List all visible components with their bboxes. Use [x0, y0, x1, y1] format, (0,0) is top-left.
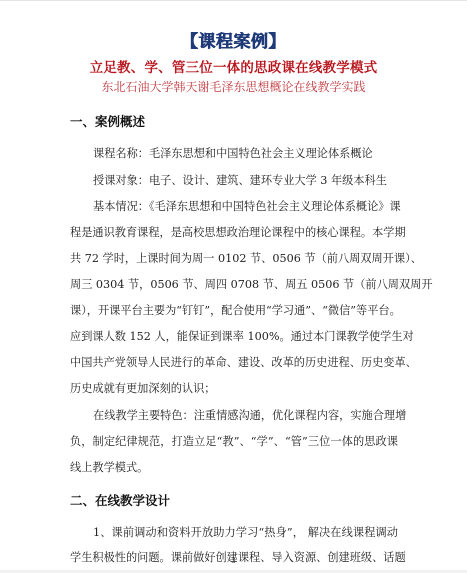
paragraph-line: 基本情况：《毛泽东思想和中国特色社会主义理论体系概论》课	[93, 198, 398, 214]
course-name-line: 课程名称：毛泽东思想和中国特色社会主义理论体系概论	[93, 145, 398, 161]
paragraph-line: 中国共产党领导人民进行的革命、建设、改革的历史进程、历史变革、	[70, 354, 398, 370]
paragraph-line: 程是通识教育课程，是高校思想政治理论课程中的核心课程。本学期	[70, 224, 398, 240]
paragraph-line: 在线教学主要特色：注重情感沟通，优化课程内容，实施合理增	[93, 407, 398, 423]
document-subtitle: 东北石油大学韩天谢毛泽东思想概论在线教学实践	[0, 78, 467, 95]
paragraph-line: 共 72 学时，上课时间为周一 0102 节、0506 节（前八周双周开课）、	[70, 250, 398, 266]
paragraph-line: 线上教学模式。	[70, 459, 398, 475]
paragraph-line: 应到课人数 152 人，能保证到课率 100%。通过本门课教学使学生对	[70, 328, 398, 344]
audience-line: 授课对象：电子、设计、建筑、建环专业大学 3 年级本科生	[93, 172, 398, 188]
section-heading-overview: 一、案例概述	[70, 112, 145, 130]
page-top-border	[0, 0, 467, 1]
paragraph-line: 历史成就有更加深刻的认识；	[70, 380, 398, 396]
section-heading-design: 二、在线教学设计	[70, 491, 170, 509]
paragraph-line: 课），开课平台主要为“钉钉”，配合使用“学习通”、“微信”等平台。	[70, 302, 398, 318]
page-number: 3	[0, 557, 467, 565]
paragraph-line: 负，制定纪律规范，打造立足“教”、“学”、“管”三位一体的思政课	[70, 433, 398, 449]
course-case-tag: 【课程案例】	[0, 27, 467, 52]
document-page: 【课程案例】 立足教、学、管三位一体的思政课在线教学模式 东北石油大学韩天谢毛泽…	[0, 0, 467, 573]
paragraph-line: 周三 0304 节，0506 节、周四 0708 节、周五 0506 节（前八周…	[70, 276, 398, 292]
document-title: 立足教、学、管三位一体的思政课在线教学模式	[0, 56, 467, 76]
paragraph-line: 1、课前调动和资料开放助力学习“热身”， 解决在线课程调动	[93, 524, 398, 540]
